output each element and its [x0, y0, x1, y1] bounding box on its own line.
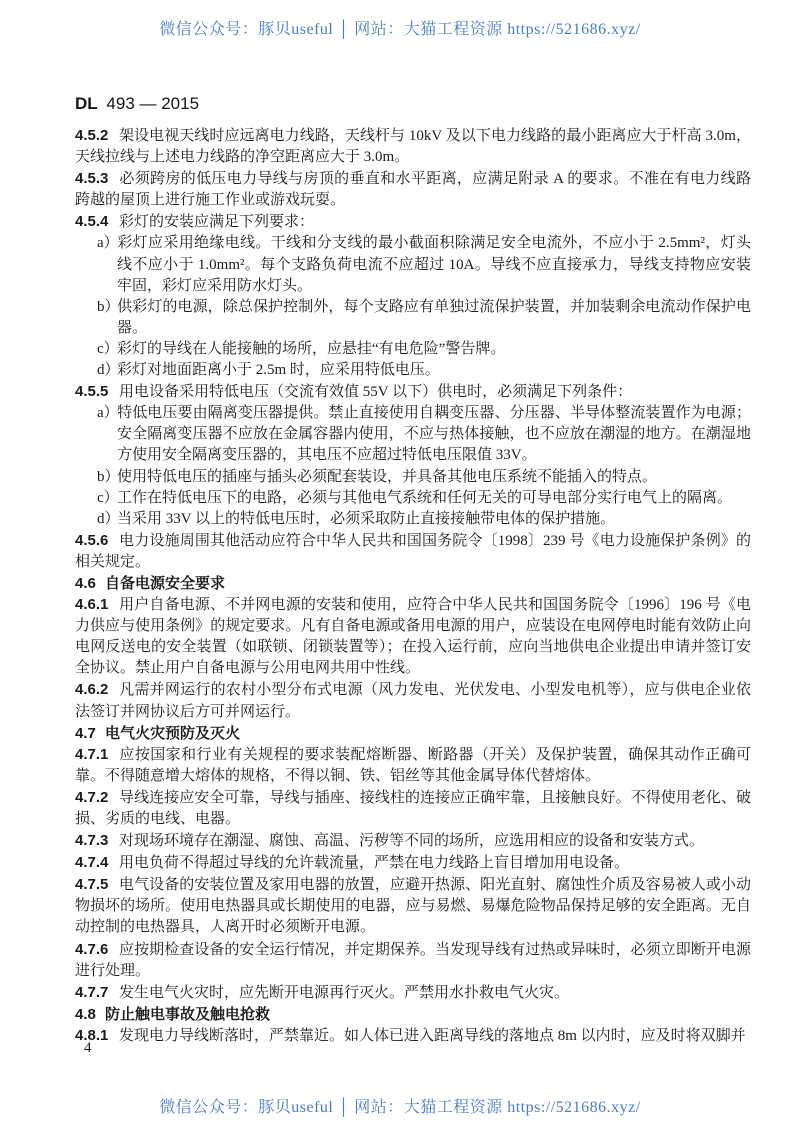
list-item: d）当采用 33V 以上的特低电压时，必须采取防止直接接触带电体的保护措施。	[75, 509, 751, 530]
clause: 4.5.4彩灯的安装应满足下列要求：	[75, 211, 751, 233]
clause-text: 用户自备电源、不并网电源的安装和使用，应符合中华人民共和国国务院令〔1996〕1…	[75, 597, 751, 676]
clause-number: 4.7.2	[75, 787, 119, 808]
clause-text: 供彩灯的电源，除总保护控制外，每个支路应有单独过流保护装置，并加装剩余电流动作保…	[117, 299, 751, 336]
clause-number: 4.8	[75, 1004, 105, 1025]
clause-text: 彩灯的导线在人能接触的场所，应悬挂“有电危险”警告牌。	[117, 341, 505, 357]
clause-text: 电气设备的安装位置及家用电器的放置，应避开热源、阳光直射、腐蚀性介质及容易被人或…	[75, 877, 751, 935]
section-heading: 4.6自备电源安全要求	[75, 573, 751, 594]
clause-number: 4.6.2	[75, 679, 119, 700]
standard-code-number: 493 — 2015	[106, 94, 199, 113]
document-page: 微信公众号：豚贝useful │ 网站：大猫工程资源 https://52168…	[0, 0, 800, 1131]
clause-number: 4.7.7	[75, 982, 119, 1003]
clause: 4.7.3对现场环境存在潮湿、腐蚀、高温、污秽等不同的场所，应选用相应的设备和安…	[75, 830, 751, 852]
clause-number: 4.7.1	[75, 744, 119, 765]
clause: 4.6.1用户自备电源、不并网电源的安装和使用，应符合中华人民共和国国务院令〔1…	[75, 594, 751, 679]
standard-code: DL 493 — 2015	[75, 94, 199, 114]
clause-text: 应按期检查设备的安全运行情况，并定期保养。当发现导线有过热或异味时，必须立即断开…	[75, 942, 751, 979]
clause-text: 用电负荷不得超过导线的允许载流量，严禁在电力线路上盲目增加用电设备。	[119, 855, 629, 871]
item-letter: d）	[97, 360, 117, 381]
item-letter: d）	[97, 509, 117, 530]
clause: 4.6.2凡需并网运行的农村小型分布式电源（风力发电、光伏发电、小型发电机等），…	[75, 679, 751, 722]
list-item: c）彩灯的导线在人能接触的场所，应悬挂“有电危险”警告牌。	[75, 339, 751, 360]
clause-text: 彩灯对地面距离小于 2.5m 时，应采用特低电压。	[117, 362, 440, 378]
clause-text: 彩灯应采用绝缘电线。干线和分支线的最小截面积除满足安全电流外，不应小于 2.5m…	[117, 235, 751, 293]
list-item: a）彩灯应采用绝缘电线。干线和分支线的最小截面积除满足安全电流外，不应小于 2.…	[75, 233, 751, 296]
item-letter: b）	[97, 467, 117, 488]
clause-number: 4.5.3	[75, 168, 119, 189]
clause: 4.5.2架设电视天线时应远离电力线路，天线杆与 10kV 及以下电力线路的最小…	[75, 125, 751, 168]
clause: 4.5.5用电设备采用特低电压（交流有效值 55V 以下）供电时，必须满足下列条…	[75, 381, 751, 403]
clause-number: 4.8.1	[75, 1025, 119, 1046]
clause-text: 彩灯的安装应满足下列要求：	[119, 214, 314, 230]
item-letter: b）	[97, 297, 117, 318]
footer-watermark-note: 微信公众号：豚贝useful │ 网站：大猫工程资源 https://52168…	[0, 1094, 800, 1117]
list-item: d）彩灯对地面距离小于 2.5m 时，应采用特低电压。	[75, 360, 751, 381]
standard-code-prefix: DL	[75, 94, 98, 113]
clause: 4.7.7发生电气火灾时，应先断开电源再行灭火。严禁用水扑救电气火灾。	[75, 982, 751, 1004]
clause-number: 4.6	[75, 573, 105, 594]
clause-text: 应按国家和行业有关规程的要求装配熔断器、断路器（开关）及保护装置，确保其动作正确…	[75, 747, 751, 784]
clause-text: 对现场环境存在潮湿、腐蚀、高温、污秽等不同的场所，应选用相应的设备和安装方式。	[119, 833, 704, 849]
section-heading-text: 防止触电事故及触电抢救	[105, 1006, 270, 1023]
clause: 4.5.6电力设施周围其他活动应符合中华人民共和国国务院令〔1998〕239 号…	[75, 530, 751, 573]
document-body: 4.5.2架设电视天线时应远离电力线路，天线杆与 10kV 及以下电力线路的最小…	[75, 125, 751, 1047]
clause-text: 架设电视天线时应远离电力线路，天线杆与 10kV 及以下电力线路的最小距离应大于…	[75, 128, 751, 165]
list-item: b）使用特低电压的插座与插头必须配套装设，并具备其他电压系统不能插入的特点。	[75, 467, 751, 488]
clause-text: 发现电力导线断落时，严禁靠近。如人体已进入距离导线的落地点 8m 以内时，应及时…	[119, 1028, 746, 1044]
clause-number: 4.6.1	[75, 594, 119, 615]
list-item: a）特低电压要由隔离变压器提供。禁止直接使用自耦变压器、分压器、半导体整流装置作…	[75, 403, 751, 466]
clause-number: 4.7.3	[75, 830, 119, 851]
clause-text: 工作在特低电压下的电路，必须与其他电气系统和任何无关的可导电部分实行电气上的隔离…	[117, 490, 732, 506]
clause-text: 特低电压要由隔离变压器提供。禁止直接使用自耦变压器、分压器、半导体整流装置作为电…	[117, 405, 751, 463]
clause: 4.5.3必须跨房的低压电力导线与房顶的垂直和水平距离，应满足附录 A 的要求。…	[75, 168, 751, 211]
clause-number: 4.5.4	[75, 211, 119, 232]
clause: 4.7.4用电负荷不得超过导线的允许载流量，严禁在电力线路上盲目增加用电设备。	[75, 852, 751, 874]
clause-text: 用电设备采用特低电压（交流有效值 55V 以下）供电时，必须满足下列条件：	[119, 384, 632, 400]
item-letter: a）	[97, 403, 117, 424]
list-item: b）供彩灯的电源，除总保护控制外，每个支路应有单独过流保护装置，并加装剩余电流动…	[75, 297, 751, 339]
clause-text: 必须跨房的低压电力导线与房顶的垂直和水平距离，应满足附录 A 的要求。不准在有电…	[75, 171, 751, 208]
clause-text: 凡需并网运行的农村小型分布式电源（风力发电、光伏发电、小型发电机等），应与供电企…	[75, 682, 751, 719]
clause: 4.8.1发现电力导线断落时，严禁靠近。如人体已进入距离导线的落地点 8m 以内…	[75, 1025, 751, 1047]
clause-text: 使用特低电压的插座与插头必须配套装设，并具备其他电压系统不能插入的特点。	[117, 469, 657, 485]
clause: 4.7.2导线连接应安全可靠，导线与插座、接线柱的连接应正确牢靠，且接触良好。不…	[75, 787, 751, 830]
page-number: 4	[84, 1040, 92, 1057]
section-heading: 4.8防止触电事故及触电抢救	[75, 1004, 751, 1025]
clause-text: 当采用 33V 以上的特低电压时，必须采取防止直接接触带电体的保护措施。	[117, 511, 615, 527]
clause: 4.7.5电气设备的安装位置及家用电器的放置，应避开热源、阳光直射、腐蚀性介质及…	[75, 874, 751, 938]
section-heading-text: 自备电源安全要求	[105, 575, 225, 592]
item-letter: c）	[97, 488, 117, 509]
item-letter: c）	[97, 339, 117, 360]
clause: 4.7.1应按国家和行业有关规程的要求装配熔断器、断路器（开关）及保护装置，确保…	[75, 744, 751, 787]
clause: 4.7.6应按期检查设备的安全运行情况，并定期保养。当发现导线有过热或异味时，必…	[75, 939, 751, 982]
clause-number: 4.5.5	[75, 381, 119, 402]
section-heading-text: 电气火灾预防及灭火	[105, 725, 240, 742]
header-watermark-note: 微信公众号：豚贝useful │ 网站：大猫工程资源 https://52168…	[0, 16, 800, 39]
clause-number: 4.7	[75, 723, 105, 744]
clause-text: 发生电气火灾时，应先断开电源再行灭火。严禁用水扑救电气火灾。	[119, 985, 569, 1001]
clause-number: 4.5.2	[75, 125, 119, 146]
item-letter: a）	[97, 233, 117, 254]
clause-number: 4.7.5	[75, 874, 119, 895]
clause-number: 4.5.6	[75, 530, 119, 551]
clause-text: 电力设施周围其他活动应符合中华人民共和国国务院令〔1998〕239 号《电力设施…	[75, 533, 751, 570]
clause-number: 4.7.6	[75, 939, 119, 960]
section-heading: 4.7电气火灾预防及灭火	[75, 723, 751, 744]
list-item: c）工作在特低电压下的电路，必须与其他电气系统和任何无关的可导电部分实行电气上的…	[75, 488, 751, 509]
clause-text: 导线连接应安全可靠，导线与插座、接线柱的连接应正确牢靠，且接触良好。不得使用老化…	[75, 790, 751, 827]
clause-number: 4.7.4	[75, 852, 119, 873]
